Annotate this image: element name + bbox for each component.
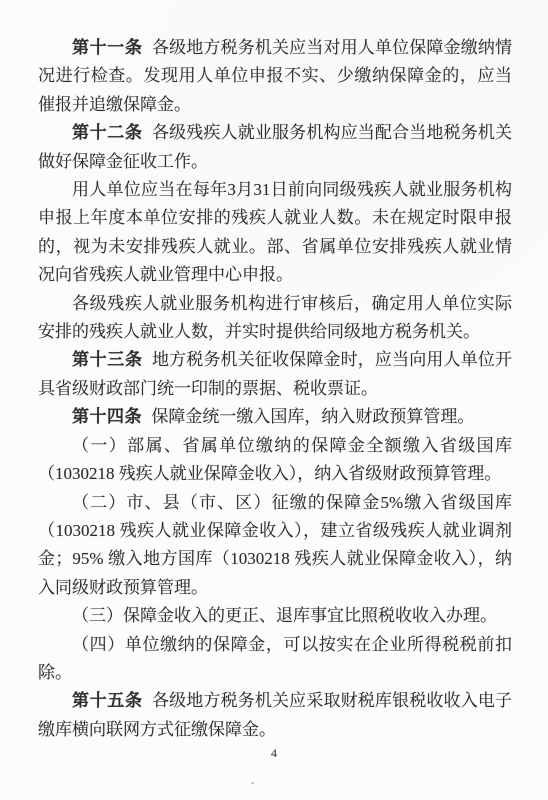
paragraph: 第十三条地方税务机关征收保障金时，应当向用人单位开具省级财政部门统一印制的票据、… (38, 346, 512, 403)
scanned-document-page: 第十一条各级地方税务机关应当对用人单位保障金缴纳情况进行检查。发现用人单位申报不… (0, 0, 548, 800)
paragraph: 第十四条保障金统一缴入国库，纳入财政预算管理。 (38, 403, 512, 431)
paragraph: 用人单位应当在每年3月31日前向同级残疾人就业服务机构申报上年度本单位安排的残疾… (38, 176, 512, 290)
article-number: 第十二条 (72, 123, 143, 142)
paragraph: 各级残疾人就业服务机构进行审核后，确定用人单位实际安排的残疾人就业人数，并实时提… (38, 290, 512, 347)
article-number: 第十五条 (72, 691, 143, 710)
scan-artifact (251, 782, 254, 784)
paragraph: 第十一条各级地方税务机关应当对用人单位保障金缴纳情况进行检查。发现用人单位申报不… (38, 34, 512, 119)
paragraph: （四）单位缴纳的保障金，可以按实在企业所得税税前扣除。 (38, 631, 512, 688)
document-body: 第十一条各级地方税务机关应当对用人单位保障金缴纳情况进行检查。发现用人单位申报不… (38, 34, 512, 744)
article-number: 第十四条 (72, 407, 142, 426)
paragraph: 第十五条各级地方税务机关应采取财税库银税收收入电子缴库横向联网方式征缴保障金。 (38, 687, 512, 744)
paragraph: 第十二条各级残疾人就业服务机构应当配合当地税务机关做好保障金征收工作。 (38, 119, 512, 176)
article-number: 第十三条 (72, 350, 143, 369)
paragraph: （三）保障金收入的更正、退库事宜比照税收收入办理。 (38, 602, 512, 630)
paragraph: （二）市、县（市、区）征缴的保障金5%缴入省级国库（1030218 残疾人就业保… (38, 489, 512, 603)
article-number: 第十一条 (72, 38, 143, 57)
page-number: 4 (0, 746, 548, 761)
paragraph: （一）部属、省属单位缴纳的保障金全额缴入省级国库（1030218 残疾人就业保障… (38, 432, 512, 489)
